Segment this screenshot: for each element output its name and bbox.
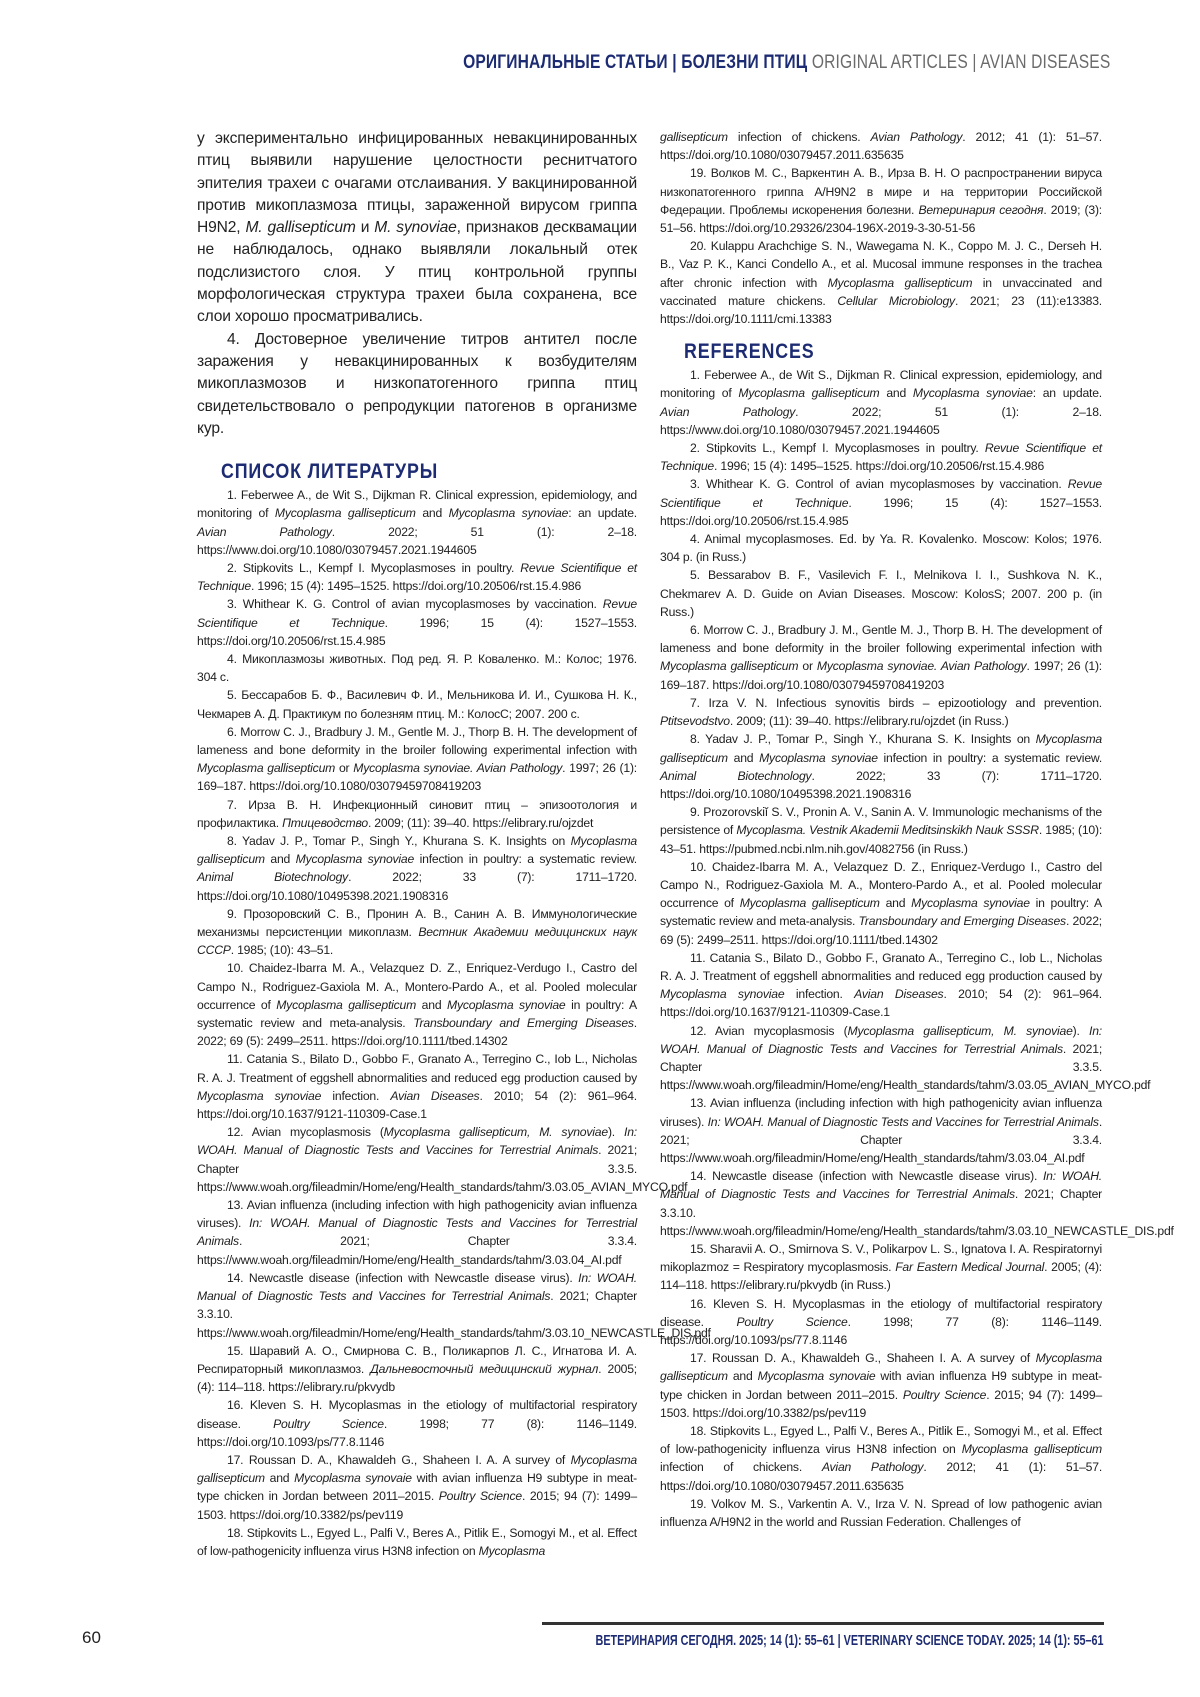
results-paragraph-continued: у экспериментально инфицированных невакц… — [197, 128, 637, 329]
reference-item: 18. Stipkovits L., Egyed L., Palfi V., B… — [660, 1422, 1102, 1495]
reference-list-ru-continued-items: 19. Волков М. С., Варкентин А. В., Ирза … — [660, 164, 1102, 328]
reference-item: 6. Morrow C. J., Bradbury J. M., Gentle … — [660, 621, 1102, 694]
reference-item: 20. Kulappu Arachchige S. N., Wawegama N… — [660, 237, 1102, 328]
reference-item: 5. Бессарабов Б. Ф., Василевич Ф. И., Ме… — [197, 686, 637, 722]
reference-item: 8. Yadav J. P., Tomar P., Singh Y., Khur… — [660, 730, 1102, 803]
reference-item: 8. Yadav J. P., Tomar P., Singh Y., Khur… — [197, 832, 637, 905]
reference-item: 9. Прозоровский С. В., Пронин А. В., Сан… — [197, 905, 637, 960]
reference-item: 1. Feberwee A., de Wit S., Dijkman R. Cl… — [197, 486, 637, 559]
reference-list-ru-continued: gallisepticum infection of chickens. Avi… — [660, 128, 1102, 164]
references-heading-ru: СПИСОК ЛИТЕРАТУРЫ — [221, 460, 575, 484]
reference-list-ru: 1. Feberwee A., de Wit S., Dijkman R. Cl… — [197, 486, 637, 1560]
reference-item: 19. Волков М. С., Варкентин А. В., Ирза … — [660, 164, 1102, 237]
reference-item: 5. Bessarabov B. F., Vasilevich F. I., M… — [660, 566, 1102, 621]
reference-item: 2. Stipkovits L., Kempf I. Mycoplasmoses… — [660, 439, 1102, 475]
reference-item: 17. Roussan D. A., Khawaldeh G., Shaheen… — [197, 1451, 637, 1524]
reference-item: 16. Kleven S. H. Mycoplasmas in the etio… — [660, 1295, 1102, 1350]
reference-item-18-tail: gallisepticum infection of chickens. Avi… — [660, 128, 1102, 164]
references-heading-en: REFERENCES — [684, 340, 1039, 364]
footer-divider — [542, 1622, 1104, 1625]
reference-item: 12. Avian mycoplasmosis (Mycoplasma gall… — [660, 1022, 1102, 1095]
reference-item: 16. Kleven S. H. Mycoplasmas in the etio… — [197, 1396, 637, 1451]
reference-list-en: 1. Feberwee A., de Wit S., Dijkman R. Cl… — [660, 366, 1102, 1531]
reference-item: 4. Animal mycoplasmoses. Ed. by Ya. R. K… — [660, 530, 1102, 566]
reference-item: 13. Avian influenza (including infection… — [197, 1196, 637, 1269]
reference-item: 10. Chaidez-Ibarra M. A., Velazquez D. Z… — [197, 959, 637, 1050]
section-title-en: ORIGINAL ARTICLES | AVIAN DISEASES — [811, 52, 1110, 73]
reference-item: 6. Morrow C. J., Bradbury J. M., Gentle … — [197, 723, 637, 796]
reference-item: 9. Prozorovskiĭ S. V., Pronin A. V., San… — [660, 803, 1102, 858]
reference-item: 1. Feberwee A., de Wit S., Dijkman R. Cl… — [660, 366, 1102, 439]
reference-item: 15. Sharavii A. O., Smirnova S. V., Poli… — [660, 1240, 1102, 1295]
reference-item: 7. Ирза В. Н. Инфекционный синовит птиц … — [197, 796, 637, 832]
left-column: у экспериментально инфицированных невакц… — [197, 128, 637, 1560]
reference-item: 13. Avian influenza (including infection… — [660, 1094, 1102, 1167]
right-column: gallisepticum infection of chickens. Avi… — [660, 128, 1102, 1531]
reference-item: 15. Шаравий А. О., Смирнова С. В., Полик… — [197, 1342, 637, 1397]
reference-item: 2. Stipkovits L., Kempf I. Mycoplasmoses… — [197, 559, 637, 595]
reference-item: 14. Newcastle disease (infection with Ne… — [197, 1269, 637, 1342]
reference-item: 10. Chaidez-Ibarra M. A., Velazquez D. Z… — [660, 858, 1102, 949]
article-body: у экспериментально инфицированных невакц… — [197, 128, 637, 440]
section-title-ru: ОРИГИНАЛЬНЫЕ СТАТЬИ | БОЛЕЗНИ ПТИЦ — [463, 52, 807, 73]
reference-item: 3. Whithear K. G. Control of avian mycop… — [660, 475, 1102, 530]
reference-item: 11. Catania S., Bilato D., Gobbo F., Gra… — [660, 949, 1102, 1022]
reference-item: 19. Volkov M. S., Varkentin A. V., Irza … — [660, 1495, 1102, 1531]
conclusion-4: 4. Достоверное увеличение титров антител… — [197, 329, 637, 440]
reference-item: 3. Whithear K. G. Control of avian mycop… — [197, 595, 637, 650]
reference-item: 4. Микоплазмозы животных. Под ред. Я. Р.… — [197, 650, 637, 686]
reference-item: 12. Avian mycoplasmosis (Mycoplasma gall… — [197, 1123, 637, 1196]
reference-item: 14. Newcastle disease (infection with Ne… — [660, 1167, 1102, 1240]
journal-citation: ВЕТЕРИНАРИЯ СЕГОДНЯ. 2025; 14 (1): 55–61… — [596, 1632, 1104, 1649]
reference-item: 17. Roussan D. A., Khawaldeh G., Shaheen… — [660, 1349, 1102, 1422]
reference-item: 11. Catania S., Bilato D., Gobbo F., Gra… — [197, 1050, 637, 1123]
reference-item: 18. Stipkovits L., Egyed L., Palfi V., B… — [197, 1524, 637, 1560]
page-number: 60 — [82, 1628, 101, 1648]
running-head: ОРИГИНАЛЬНЫЕ СТАТЬИ | БОЛЕЗНИ ПТИЦ ORIGI… — [463, 52, 1110, 74]
reference-item: 7. Irza V. N. Infectious synovitis birds… — [660, 694, 1102, 730]
